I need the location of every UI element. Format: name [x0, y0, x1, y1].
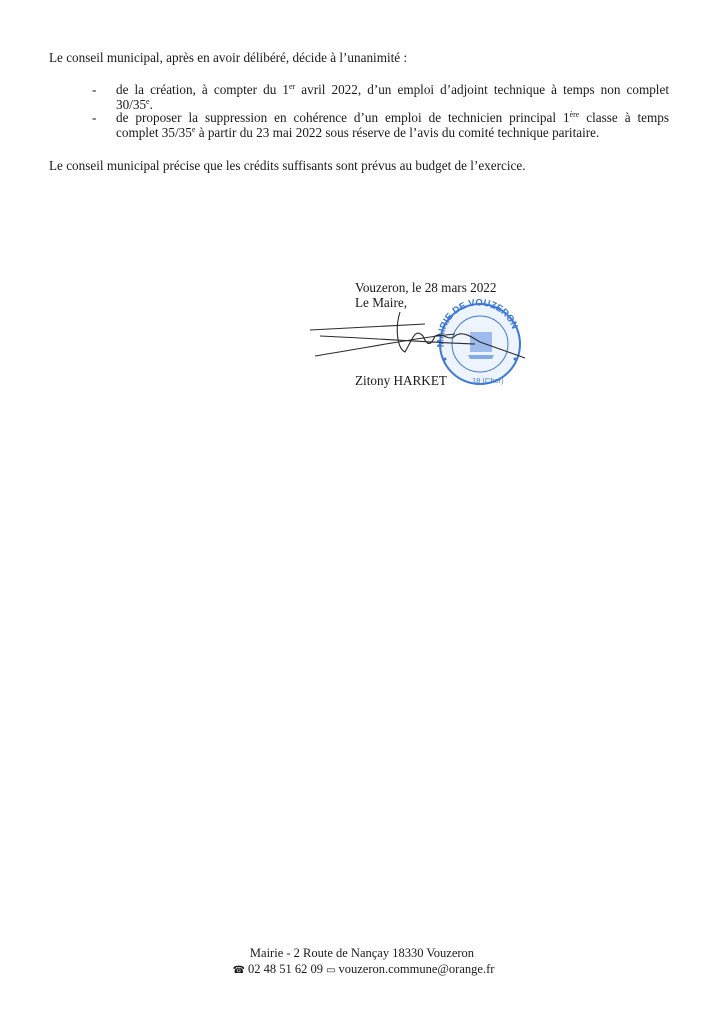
place-date: Vouzeron, le 28 mars 2022 — [355, 280, 497, 296]
bullet-2-line-1: de proposer la suppression en cohérence … — [116, 110, 669, 126]
footer-email[interactable]: vouzeron.commune@orange.fr — [339, 962, 495, 977]
footer-address: Mairie - 2 Route de Nançay 18330 Vouzero… — [0, 946, 724, 961]
closing-paragraph: Le conseil municipal précise que les cré… — [49, 158, 526, 174]
footer-phone: 02 48 51 62 09 — [248, 962, 323, 977]
bullet-dash: - — [92, 110, 96, 126]
intro-paragraph: Le conseil municipal, après en avoir dél… — [49, 50, 407, 66]
footer-contact: ☎02 48 51 62 09▭vouzeron.commune@orange.… — [0, 962, 724, 977]
bullet-dash: - — [92, 82, 96, 98]
handwritten-signature — [305, 308, 535, 368]
bullet-1-line-1: de la création, à compter du 1er avril 2… — [116, 82, 669, 98]
telephone-icon: ☎ — [233, 965, 245, 976]
bullet-2-line-2: complet 35/35e à partir du 23 mai 2022 s… — [116, 125, 669, 141]
signatory-name: Zitony HARKET — [355, 373, 447, 389]
svg-text:18 (Cher): 18 (Cher) — [472, 376, 504, 385]
computer-icon: ▭ — [326, 965, 335, 976]
